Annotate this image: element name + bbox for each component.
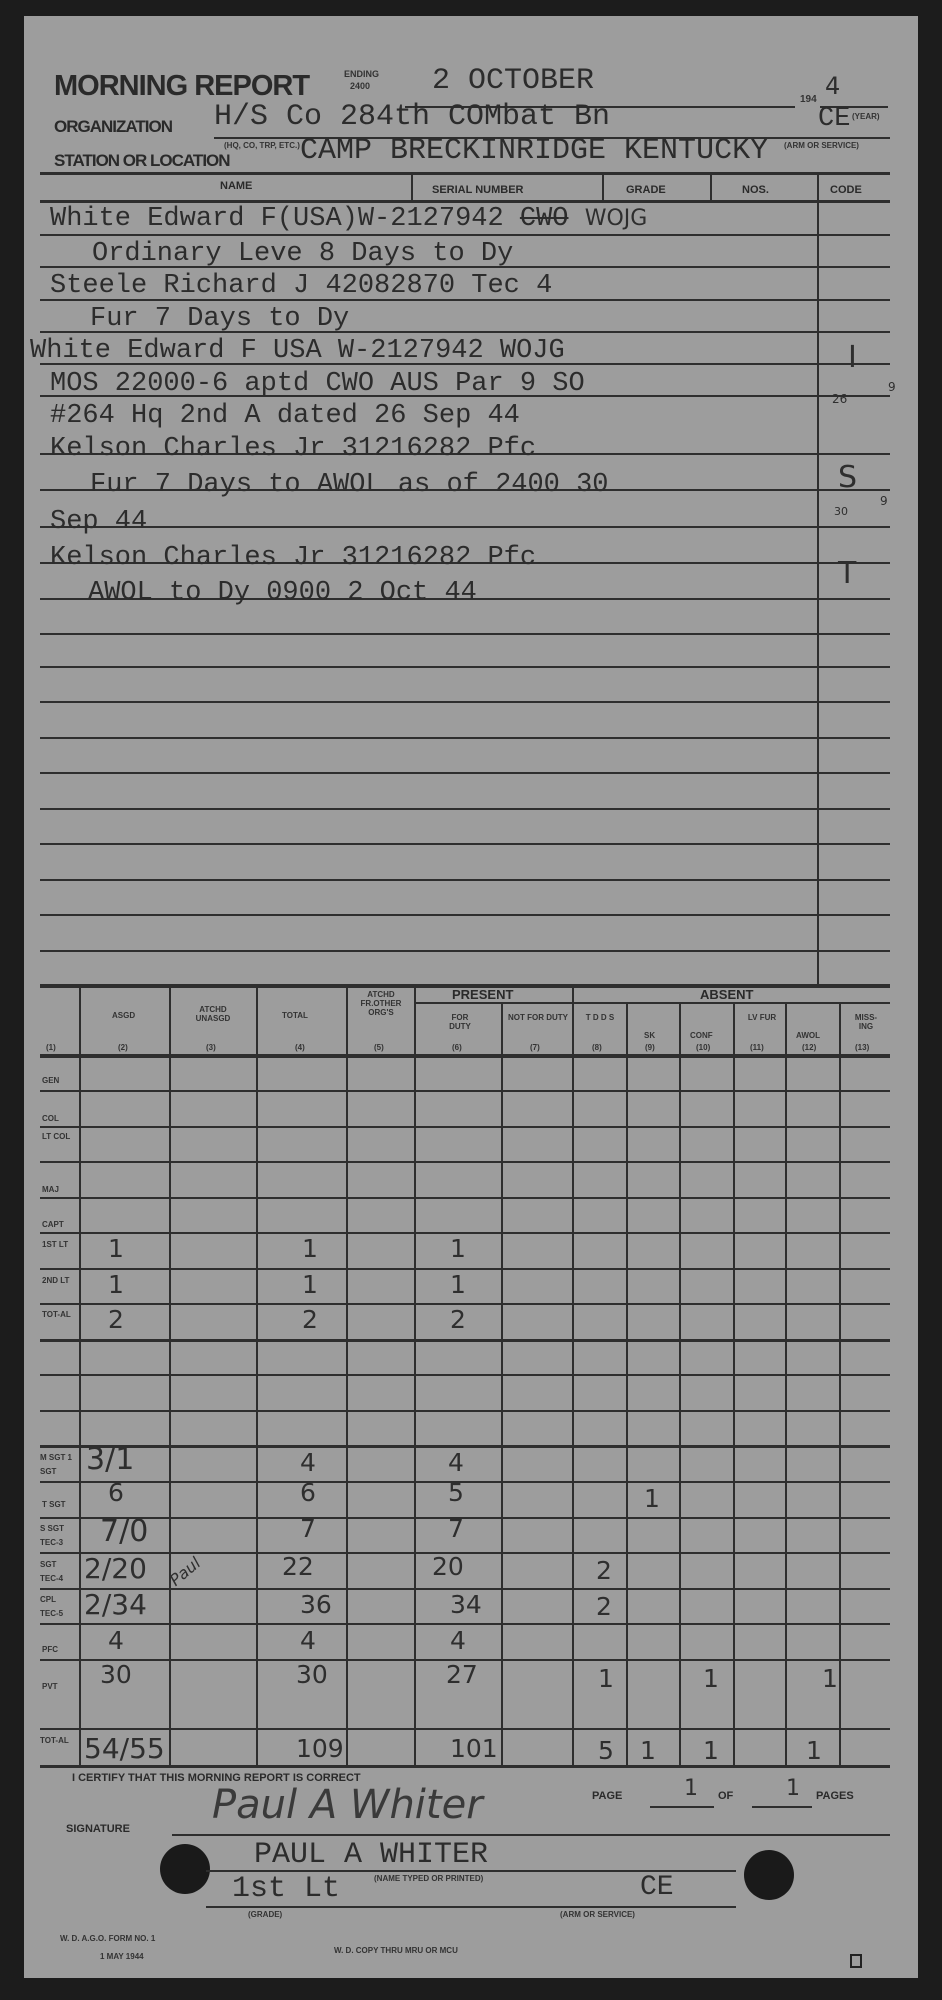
cell-asgd: 54/55 [84, 1732, 165, 1765]
col-total: TOTAL [282, 1011, 308, 1020]
organization-label: ORGANIZATION [54, 117, 172, 137]
cell-asgd: 30 [100, 1660, 132, 1689]
row-label: PFC [42, 1645, 58, 1654]
present-group-header: PRESENT [452, 987, 513, 1002]
col-name: NAME [220, 180, 252, 192]
cell-for-duty: 1 [450, 1270, 466, 1299]
col-conf: CONF [690, 1031, 713, 1040]
cell-total: 109 [296, 1734, 344, 1763]
entry-line: Fur 7 Days to AWOL as of 2400 30 [90, 470, 608, 500]
arm-caption: (ARM OR SERVICE) [560, 1910, 635, 1919]
page-number: 1 [684, 1776, 698, 1801]
cell-for-duty: 4 [450, 1626, 466, 1655]
col-missing: MISS- ING [848, 1013, 884, 1031]
col-atchd-other: ATCHD FR.OTHER ORG'S [348, 990, 414, 1017]
punch-hole-right [744, 1850, 794, 1900]
cell-tdds: 2 [596, 1592, 612, 1621]
entry-line: Kelson Charles Jr 31216282 Pfc [50, 543, 536, 573]
col-for-duty: FOR DUTY [440, 1013, 480, 1031]
col-asgd: ASGD [112, 1011, 135, 1020]
entry-line: White Edward F(USA)W-2127942 CWO WOJG [50, 204, 647, 234]
row-label: M SGT 1 SGT [40, 1451, 76, 1479]
cell-asgd: 4 [108, 1626, 124, 1655]
entry-line: MOS 22000-6 aptd CWO AUS Par 9 SO [50, 369, 585, 399]
row-label: SGT TEC-4 [40, 1558, 76, 1586]
cell-total: 30 [296, 1660, 328, 1689]
typed-name: PAUL A WHITER [254, 1838, 488, 1872]
cell-for-duty: 27 [446, 1660, 478, 1689]
arm-service-value: CE [818, 104, 850, 134]
page-label: PAGE [592, 1790, 622, 1802]
typed-name-caption: (NAME TYPED OR PRINTED) [374, 1874, 483, 1883]
entry-line: Kelson Charles Jr 31216282 Pfc [50, 434, 536, 464]
cell-total: 4 [300, 1448, 316, 1477]
col-tdds: T D D S [580, 1013, 620, 1022]
cell-for-duty: 5 [448, 1478, 464, 1507]
cell-asgd: 1 [108, 1234, 124, 1263]
form-title: MORNING REPORT [54, 70, 309, 103]
col-num: (4) [295, 1043, 305, 1052]
year-caption: (YEAR) [852, 112, 880, 121]
cell-asgd: 2/20 [84, 1552, 147, 1585]
entry-line: AWOL to Dy 0900 2 Oct 44 [88, 578, 477, 608]
pages-label: PAGES [816, 1790, 854, 1802]
col-awol: AWOL [796, 1031, 820, 1040]
col-num: (5) [374, 1043, 384, 1052]
row-label: LT COL [42, 1132, 72, 1141]
cell-for-duty: 101 [450, 1734, 498, 1763]
col-sk: SK [644, 1031, 655, 1040]
row-label: CAPT [42, 1220, 64, 1229]
signature-label: SIGNATURE [66, 1823, 130, 1835]
station-value: CAMP BRECKINRIDGE KENTUCKY [300, 134, 768, 168]
organization-caption: (HQ, CO, TRP, ETC.) [224, 141, 300, 150]
arm-value: CE [640, 1872, 674, 1903]
code-mark-sup: 9 [880, 494, 888, 508]
col-num: (1) [46, 1043, 56, 1052]
col-lv-fur: LV FUR [742, 1013, 782, 1022]
cell-for-duty: 34 [450, 1590, 482, 1619]
cell-total: 36 [300, 1590, 332, 1619]
cell-for-duty: 1 [450, 1234, 466, 1263]
year-suffix: 4 [825, 72, 840, 100]
ending-label-bottom: 2400 [350, 82, 370, 91]
col-num: (8) [592, 1043, 602, 1052]
form-number: W. D. A.G.O. FORM NO. 1 [60, 1934, 155, 1943]
cell-tdds: 2 [596, 1556, 612, 1585]
cell-total: 1 [302, 1234, 318, 1263]
signature: Paul A Whiter [212, 1782, 483, 1828]
code-mark: T [838, 556, 856, 591]
cell-tdds: 5 [598, 1736, 614, 1765]
col-atchd-unasgd: ATCHD UNASGD [188, 1005, 238, 1023]
cell-asgd: 6 [108, 1478, 124, 1507]
code-mark-sup: 9 [888, 380, 896, 394]
cell-total: 7 [300, 1514, 316, 1543]
cell-total: 22 [282, 1552, 314, 1581]
cell-conf: 1 [703, 1736, 719, 1765]
cell-asgd: 7/0 [100, 1514, 148, 1549]
grade-caption: (GRADE) [248, 1910, 282, 1919]
code-mark: S [838, 460, 857, 495]
col-code: CODE [830, 184, 862, 196]
form-date: 1 MAY 1944 [100, 1952, 144, 1961]
col-nos: NOS. [742, 184, 769, 196]
punch-hole-left [160, 1844, 210, 1894]
code-mark: I [848, 340, 857, 375]
col-num: (7) [530, 1043, 540, 1052]
col-num: (2) [118, 1043, 128, 1052]
station-label: STATION OR LOCATION [54, 151, 230, 171]
cell-asgd: 3/1 [86, 1442, 134, 1477]
distribution-note: W. D. COPY THRU MRU OR MCU [334, 1946, 458, 1955]
col-num: (10) [696, 1043, 710, 1052]
col-serial: SERIAL NUMBER [432, 184, 523, 196]
cell-total: 4 [300, 1626, 316, 1655]
cell-sk: 1 [644, 1484, 660, 1513]
corner-box-icon [850, 1954, 862, 1968]
cell-total: 1 [302, 1270, 318, 1299]
cell-conf: 1 [703, 1664, 719, 1693]
row-label: COL [42, 1114, 59, 1123]
cell-awol: 1 [806, 1736, 822, 1765]
cell-sk: 1 [640, 1736, 656, 1765]
col-num: (13) [855, 1043, 869, 1052]
total-pages: 1 [786, 1776, 800, 1801]
entry-line: #264 Hq 2nd A dated 26 Sep 44 [50, 401, 520, 431]
organization-value: H/S Co 284th COMbat Bn [214, 100, 610, 134]
cell-total: 6 [300, 1478, 316, 1507]
cell-asgd: 2/34 [84, 1588, 147, 1621]
of-label: OF [718, 1790, 733, 1802]
col-num: (3) [206, 1043, 216, 1052]
code-mark: 26 [832, 392, 847, 406]
row-label: GEN [42, 1076, 59, 1085]
absent-group-header: ABSENT [700, 987, 753, 1002]
grade-value: 1st Lt [232, 1872, 340, 1906]
col-grade: GRADE [626, 184, 666, 196]
row-label: 2ND LT [42, 1274, 72, 1288]
entry-line: Fur 7 Days to Dy [90, 304, 349, 334]
cell-awol: 1 [822, 1664, 838, 1693]
entry-line: Sep 44 [50, 507, 147, 537]
cell-asgd: 2 [108, 1305, 124, 1334]
row-label: 1ST LT [42, 1238, 72, 1252]
cell-for-duty: 20 [432, 1552, 464, 1581]
row-label: MAJ [42, 1185, 59, 1194]
cell-for-duty: 4 [448, 1448, 464, 1477]
row-label: TOT-AL [40, 1734, 70, 1748]
report-date: 2 OCTOBER [432, 64, 594, 98]
entry-line: Steele Richard J 42082870 Tec 4 [50, 271, 552, 301]
col-num: (11) [750, 1043, 764, 1052]
cell-asgd: 1 [108, 1270, 124, 1299]
year-prefix: 194 [800, 95, 817, 104]
cell-for-duty: 7 [448, 1514, 464, 1543]
col-num: (6) [452, 1043, 462, 1052]
code-mark: 30 [834, 505, 848, 518]
arm-service-caption: (ARM OR SERVICE) [784, 141, 859, 150]
col-num: (12) [802, 1043, 816, 1052]
row-label: PVT [42, 1682, 58, 1691]
row-label: S SGT TEC-3 [40, 1522, 76, 1550]
ending-label-top: ENDING [344, 70, 379, 79]
cell-for-duty: 2 [450, 1305, 466, 1334]
cell-total: 2 [302, 1305, 318, 1334]
row-label: TOT-AL [42, 1308, 72, 1322]
entry-line: White Edward F USA W-2127942 WOJG [30, 336, 565, 366]
cell-tdds: 1 [598, 1664, 614, 1693]
row-label: T SGT [42, 1500, 66, 1509]
col-not-for-duty: NOT FOR DUTY [505, 1013, 571, 1022]
entry-line: Ordinary Leve 8 Days to Dy [92, 239, 513, 269]
col-num: (9) [645, 1043, 655, 1052]
row-label: CPL TEC-5 [40, 1593, 76, 1621]
